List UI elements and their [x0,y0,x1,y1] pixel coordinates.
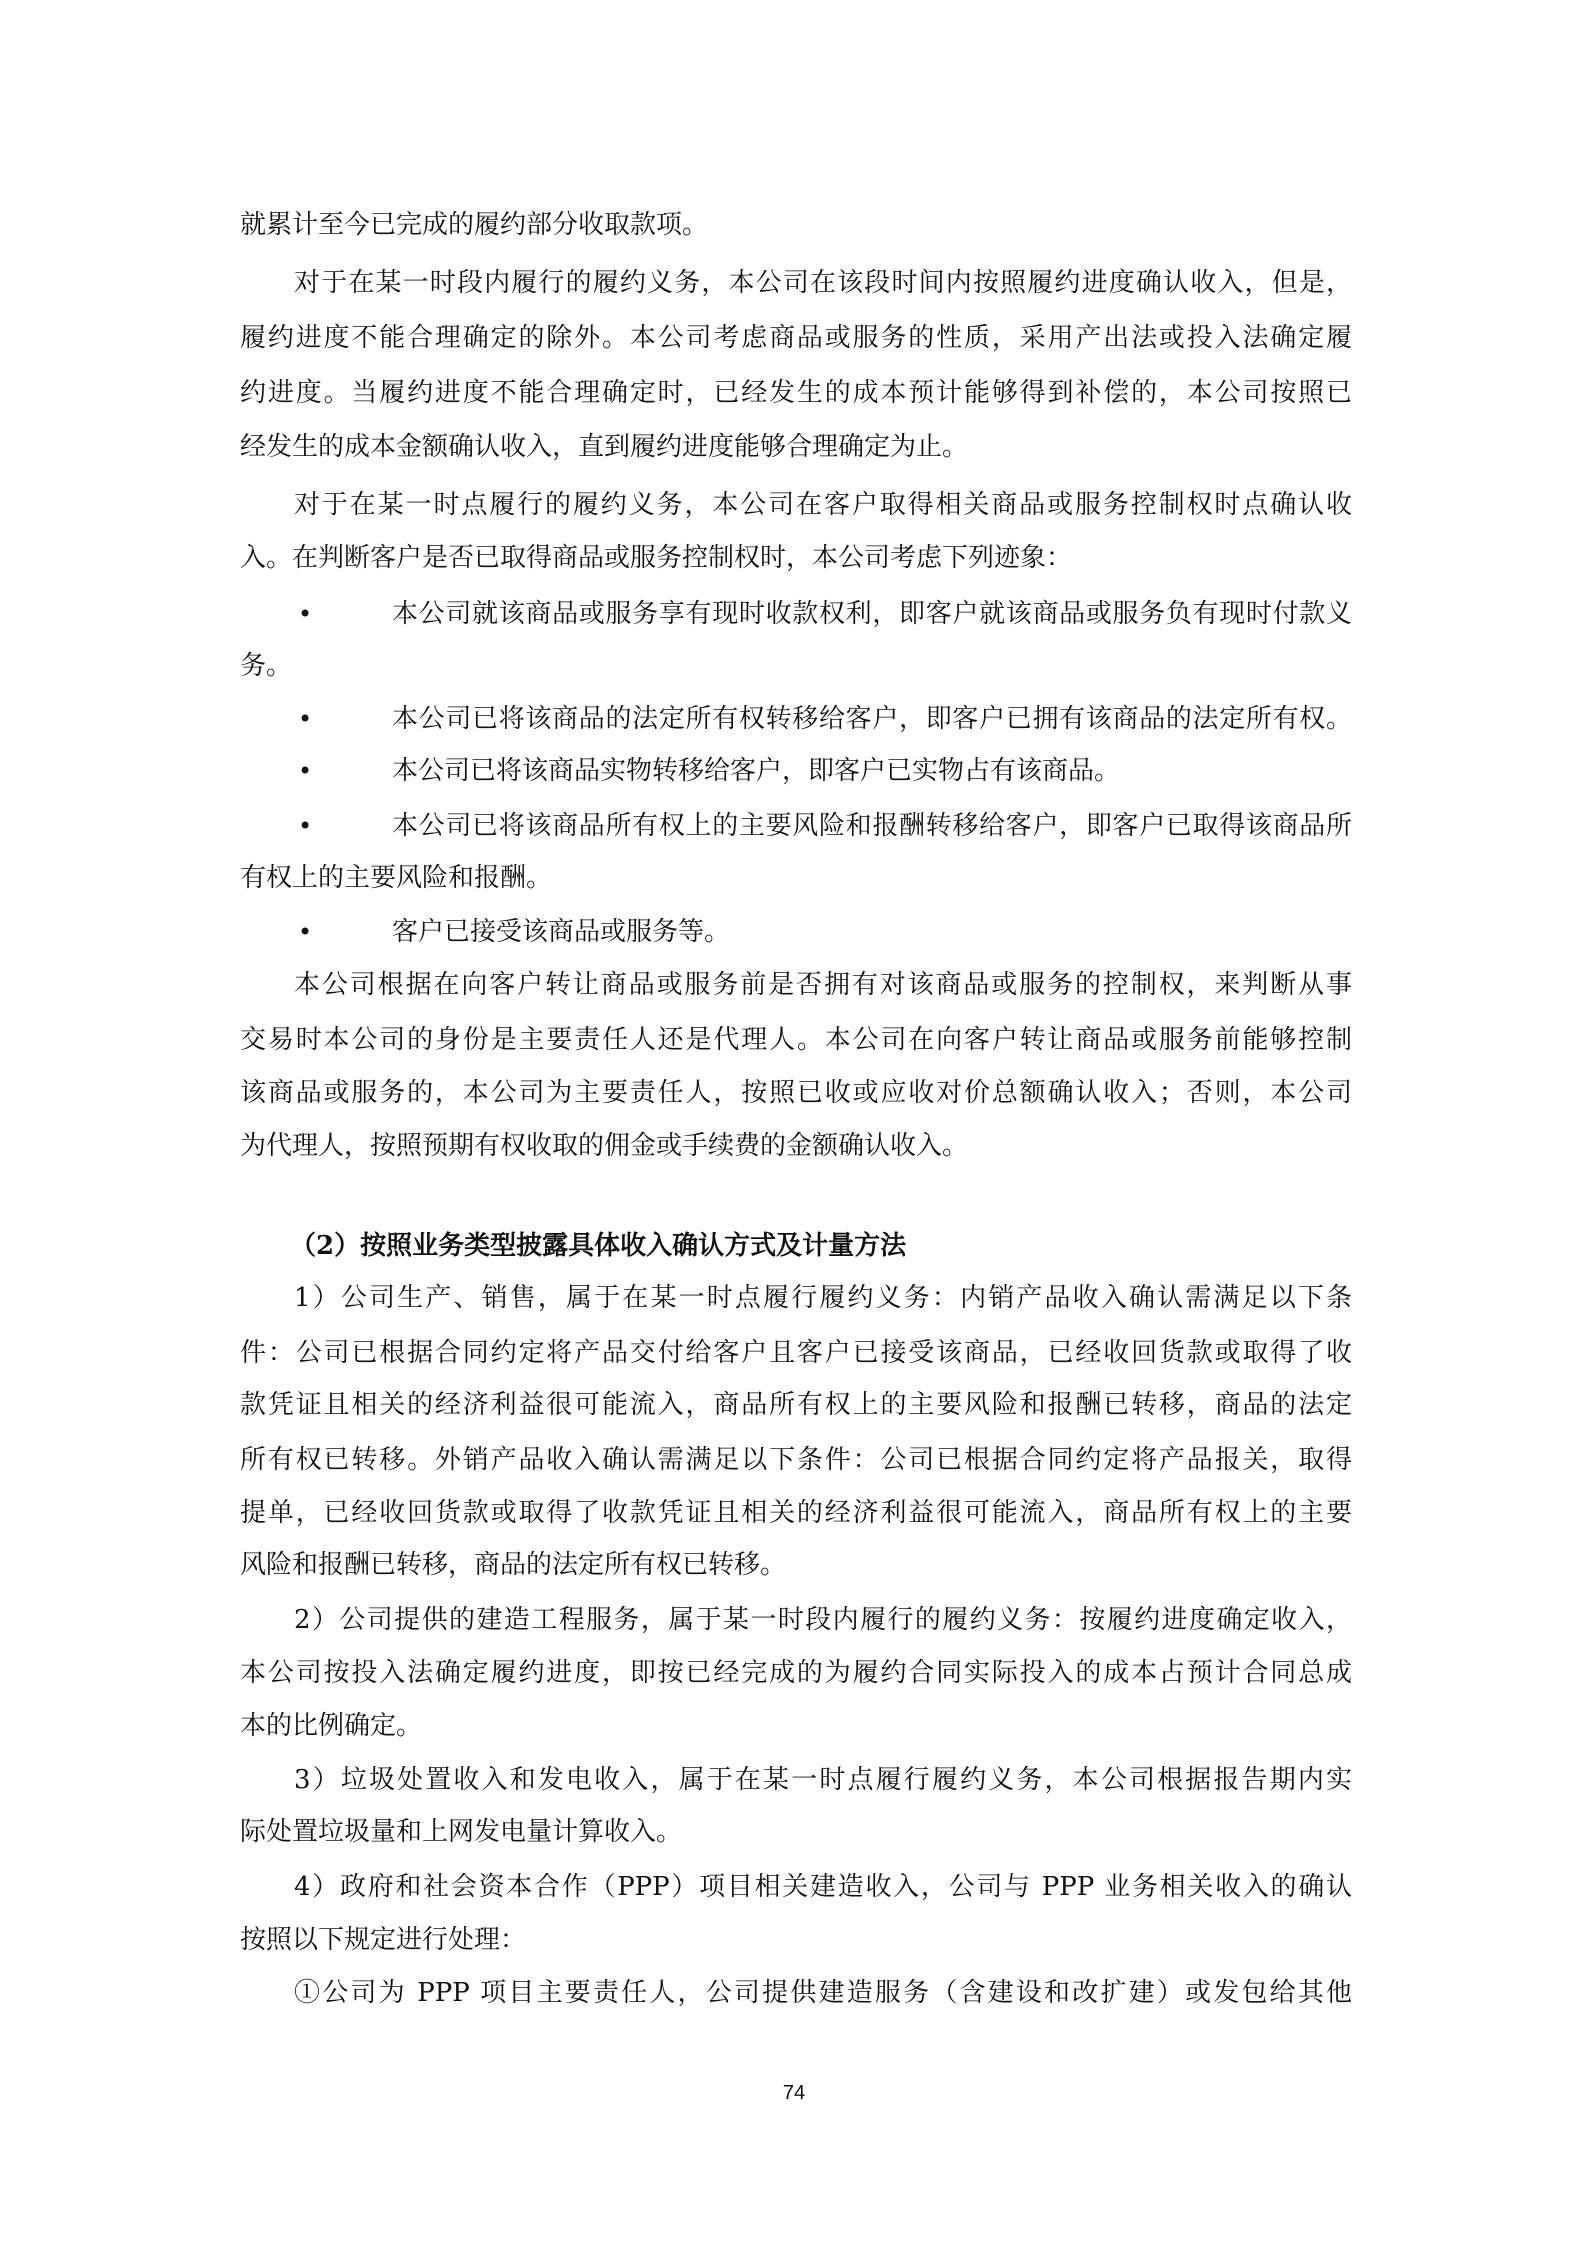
paragraph-line: 约进度。当履约进度不能合理确定时，已经发生的成本预计能够得到补偿的，本公司按照已 [240,373,1352,413]
paragraph-line: 对于在某一时段内履行的履约义务，本公司在该段时间内按照履约进度确认收入，但是， [294,263,1352,303]
paragraph-line: 对于在某一时点履行的履约义务，本公司在客户取得相关商品或服务控制权时点确认收 [294,485,1352,525]
bullet-icon: • [298,594,310,634]
paragraph-line: 该商品或服务的，本公司为主要责任人，按照已收或应收对价总额确认收入；否则，本公司 [240,1073,1352,1113]
paragraph-line: 经发生的成本金额确认收入，直到履约进度能够合理确定为止。 [240,427,1352,467]
bullet-item-text: 本公司已将该商品所有权上的主要风险和报酬转移给客户，即客户已取得该商品所 [392,806,1352,846]
paragraph-line: 入。在判断客户是否已取得商品或服务控制权时，本公司考虑下列迹象： [240,538,1352,578]
paragraph-line: 件：公司已根据合同约定将产品交付给客户且客户已接受该商品，已经收回货款或取得了收 [240,1333,1352,1373]
paragraph-line: 有权上的主要风险和报酬。 [240,858,1352,898]
paragraph-line: 本公司按投入法确定履约进度，即按已经完成的为履约合同实际投入的成本占预计合同总成 [240,1653,1352,1693]
paragraph-line: 际处置垃圾量和上网发电量计算收入。 [240,1812,1352,1852]
bullet-item-text: 本公司已将该商品实物转移给客户，即客户已实物占有该商品。 [392,751,1352,791]
bullet-item-text: 本公司就该商品或服务享有现时收款权利，即客户就该商品或服务负有现时付款义 [392,594,1352,634]
paragraph-line: 就累计至今已完成的履约部分收取款项。 [240,205,1352,245]
paragraph-line: 1）公司生产、销售，属于在某一时点履行履约义务：内销产品收入确认需满足以下条 [294,1278,1352,1318]
paragraph-line: 按照以下规定进行处理： [240,1920,1352,1960]
paragraph-line: 提单，已经收回货款或取得了收款凭证且相关的经济利益很可能流入，商品所有权上的主要 [240,1493,1352,1533]
paragraph-line: 所有权已转移。外销产品收入确认需满足以下条件：公司已根据合同约定将产品报关，取得 [240,1440,1352,1480]
bullet-item-text: 客户已接受该商品或服务等。 [392,912,1352,952]
paragraph-line: ①公司为 PPP 项目主要责任人，公司提供建造服务（含建设和改扩建）或发包给其他 [294,1973,1352,2013]
page-number: 74 [770,2082,818,2105]
bullet-icon: • [298,806,310,846]
paragraph-line: 为代理人，按照预期有权收取的佣金或手续费的金额确认收入。 [240,1126,1352,1166]
paragraph-line: 款凭证且相关的经济利益很可能流入，商品所有权上的主要风险和报酬已转移，商品的法定 [240,1385,1352,1425]
paragraph-line: 本公司根据在向客户转让商品或服务前是否拥有对该商品或服务的控制权，来判断从事 [294,965,1352,1005]
bullet-item-text: 本公司已将该商品的法定所有权转移给客户，即客户已拥有该商品的法定所有权。 [392,699,1352,739]
bullet-icon: • [298,912,310,952]
bullet-icon: • [298,751,310,791]
paragraph-line: 4）政府和社会资本合作（PPP）项目相关建造收入，公司与 PPP 业务相关收入的… [294,1867,1352,1907]
paragraph-line: 风险和报酬已转移，商品的法定所有权已转移。 [240,1545,1352,1585]
paragraph-line: 履约进度不能合理确定的除外。本公司考虑商品或服务的性质，采用产出法或投入法确定履 [240,318,1352,358]
paragraph-line: 本的比例确定。 [240,1706,1352,1746]
section-heading: （2）按照业务类型披露具体收入确认方式及计量方法 [290,1226,1190,1266]
paragraph-line: 交易时本公司的身份是主要责任人还是代理人。本公司在向客户转让商品或服务前能够控制 [240,1020,1352,1060]
paragraph-line: 务。 [240,646,1352,686]
paragraph-line: 2）公司提供的建造工程服务，属于某一时段内履行的履约义务：按履约进度确定收入， [294,1600,1352,1640]
paragraph-line: 3）垃圾处置收入和发电收入，属于在某一时点履行履约义务，本公司根据报告期内实 [294,1760,1352,1800]
bullet-icon: • [298,699,310,739]
